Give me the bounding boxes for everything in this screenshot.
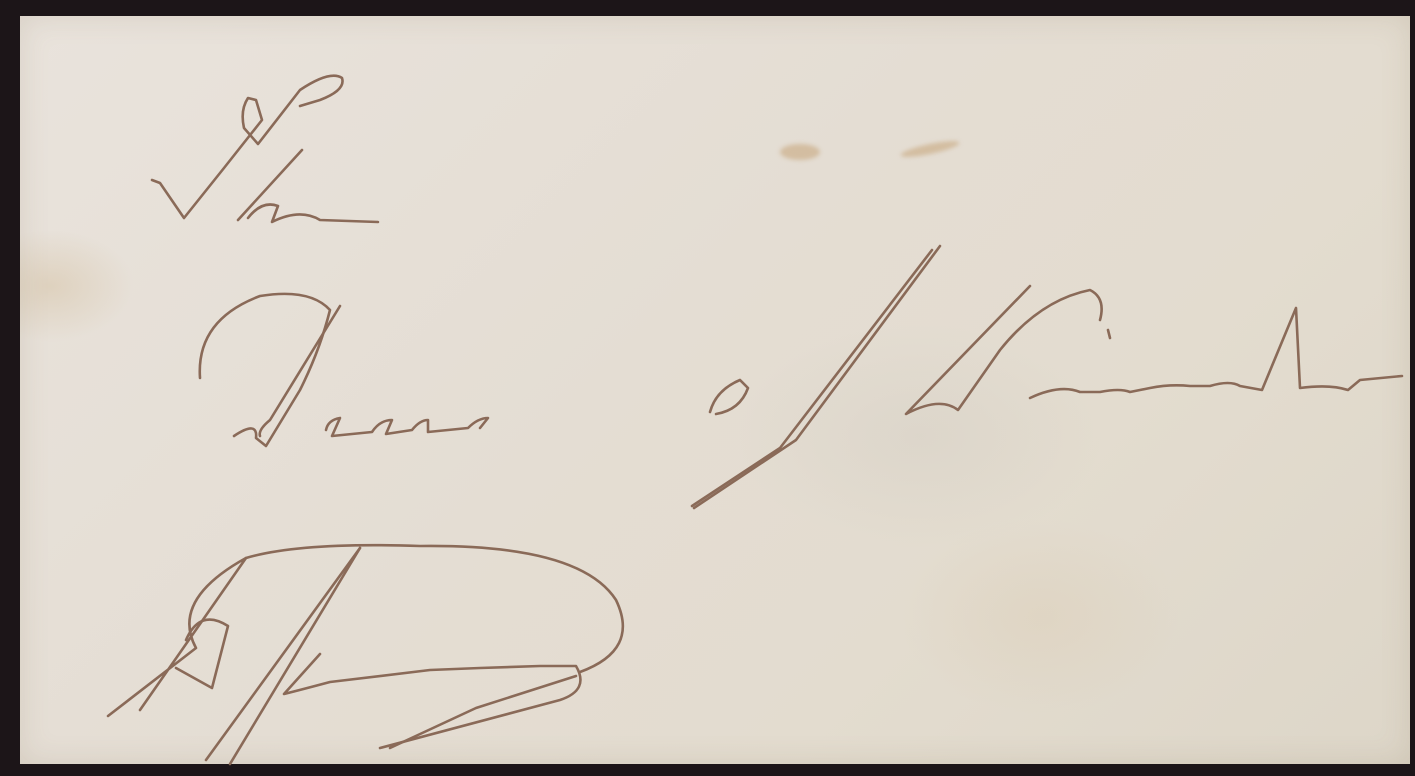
word-of bbox=[692, 246, 940, 508]
signature bbox=[108, 545, 623, 764]
word-dean bbox=[200, 294, 488, 446]
word-windsor bbox=[906, 286, 1402, 414]
handwriting bbox=[0, 0, 1415, 776]
word-the bbox=[152, 76, 378, 222]
